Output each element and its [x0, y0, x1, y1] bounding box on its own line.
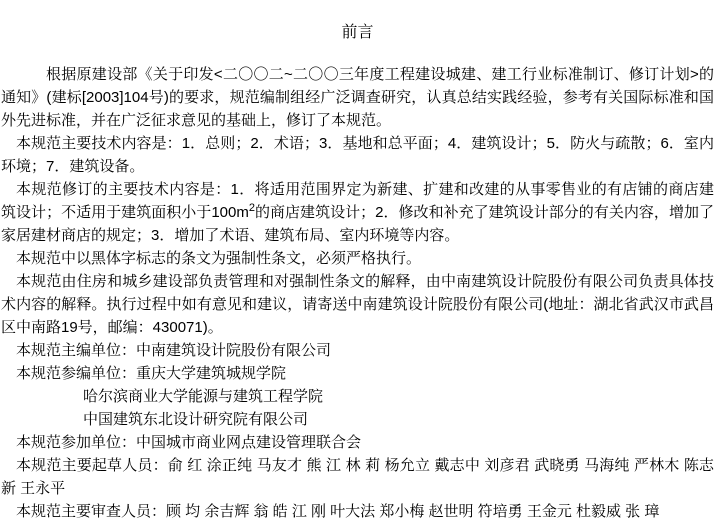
- paragraph-text: 本规范由住房和城乡建设部负责管理和对强制性条文的解释，由中南建筑设计院股份有限公…: [1, 273, 714, 336]
- paragraph: 本规范主要技术内容是：1．总则；2．术语；3．基地和总平面；4．建筑设计；5．防…: [1, 132, 714, 178]
- paragraph: 本规范参加单位：中国城市商业网点建设管理联合会: [1, 431, 714, 454]
- paragraph-text: 本规范中以黑体字标志的条文为强制性条文，必须严格执行。: [16, 250, 421, 267]
- paragraph: 本规范主编单位：中南建筑设计院股份有限公司: [1, 339, 714, 362]
- paragraph: 中国建筑东北设计研究院有限公司: [83, 408, 714, 431]
- document-page: 前言 根据原建设部《关于印发<二〇〇二~二〇〇三年度工程建设城建、建工行业标准制…: [0, 0, 716, 523]
- paragraph: 本规范参编单位：重庆大学建筑城规学院: [1, 362, 714, 385]
- paragraph: 哈尔滨商业大学能源与建筑工程学院: [83, 385, 714, 408]
- paragraph-text: 哈尔滨商业大学能源与建筑工程学院: [83, 388, 323, 405]
- paragraph: 根据原建设部《关于印发<二〇〇二~二〇〇三年度工程建设城建、建工行业标准制订、修…: [1, 63, 714, 132]
- page-title: 前言: [1, 24, 714, 42]
- paragraph-text: 本规范主要审查人员：顾 均 余吉辉 翁 皓 江 刚 叶大法 郑小梅 赵世明 符培…: [16, 503, 659, 520]
- paragraph-text: 本规范主要起草人员：俞 红 涂正纯 马友才 熊 江 林 莉 杨允立 戴志中 刘彦…: [1, 457, 714, 497]
- paragraph-text: 本规范参编单位：重庆大学建筑城规学院: [16, 365, 286, 382]
- paragraph-text: 根据原建设部《关于印发<二〇〇二~二〇〇三年度工程建设城建、建工行业标准制订、修…: [1, 66, 714, 129]
- document-body: 根据原建设部《关于印发<二〇〇二~二〇〇三年度工程建设城建、建工行业标准制订、修…: [1, 63, 714, 523]
- paragraph-text: 本规范参加单位：中国城市商业网点建设管理联合会: [16, 434, 361, 451]
- paragraph: 本规范主要审查人员：顾 均 余吉辉 翁 皓 江 刚 叶大法 郑小梅 赵世明 符培…: [1, 500, 714, 523]
- paragraph: 本规范由住房和城乡建设部负责管理和对强制性条文的解释，由中南建筑设计院股份有限公…: [1, 270, 714, 339]
- paragraph-text: 本规范主要技术内容是：1．总则；2．术语；3．基地和总平面；4．建筑设计；5．防…: [1, 135, 714, 175]
- paragraph: 本规范修订的主要技术内容是：1．将适用范围界定为新建、扩建和改建的从事零售业的有…: [1, 178, 714, 247]
- paragraph-text: 本规范主编单位：中南建筑设计院股份有限公司: [16, 342, 331, 359]
- paragraph: 本规范主要起草人员：俞 红 涂正纯 马友才 熊 江 林 莉 杨允立 戴志中 刘彦…: [1, 454, 714, 500]
- paragraph: 本规范中以黑体字标志的条文为强制性条文，必须严格执行。: [1, 247, 714, 270]
- paragraph-text: 中国建筑东北设计研究院有限公司: [83, 411, 308, 428]
